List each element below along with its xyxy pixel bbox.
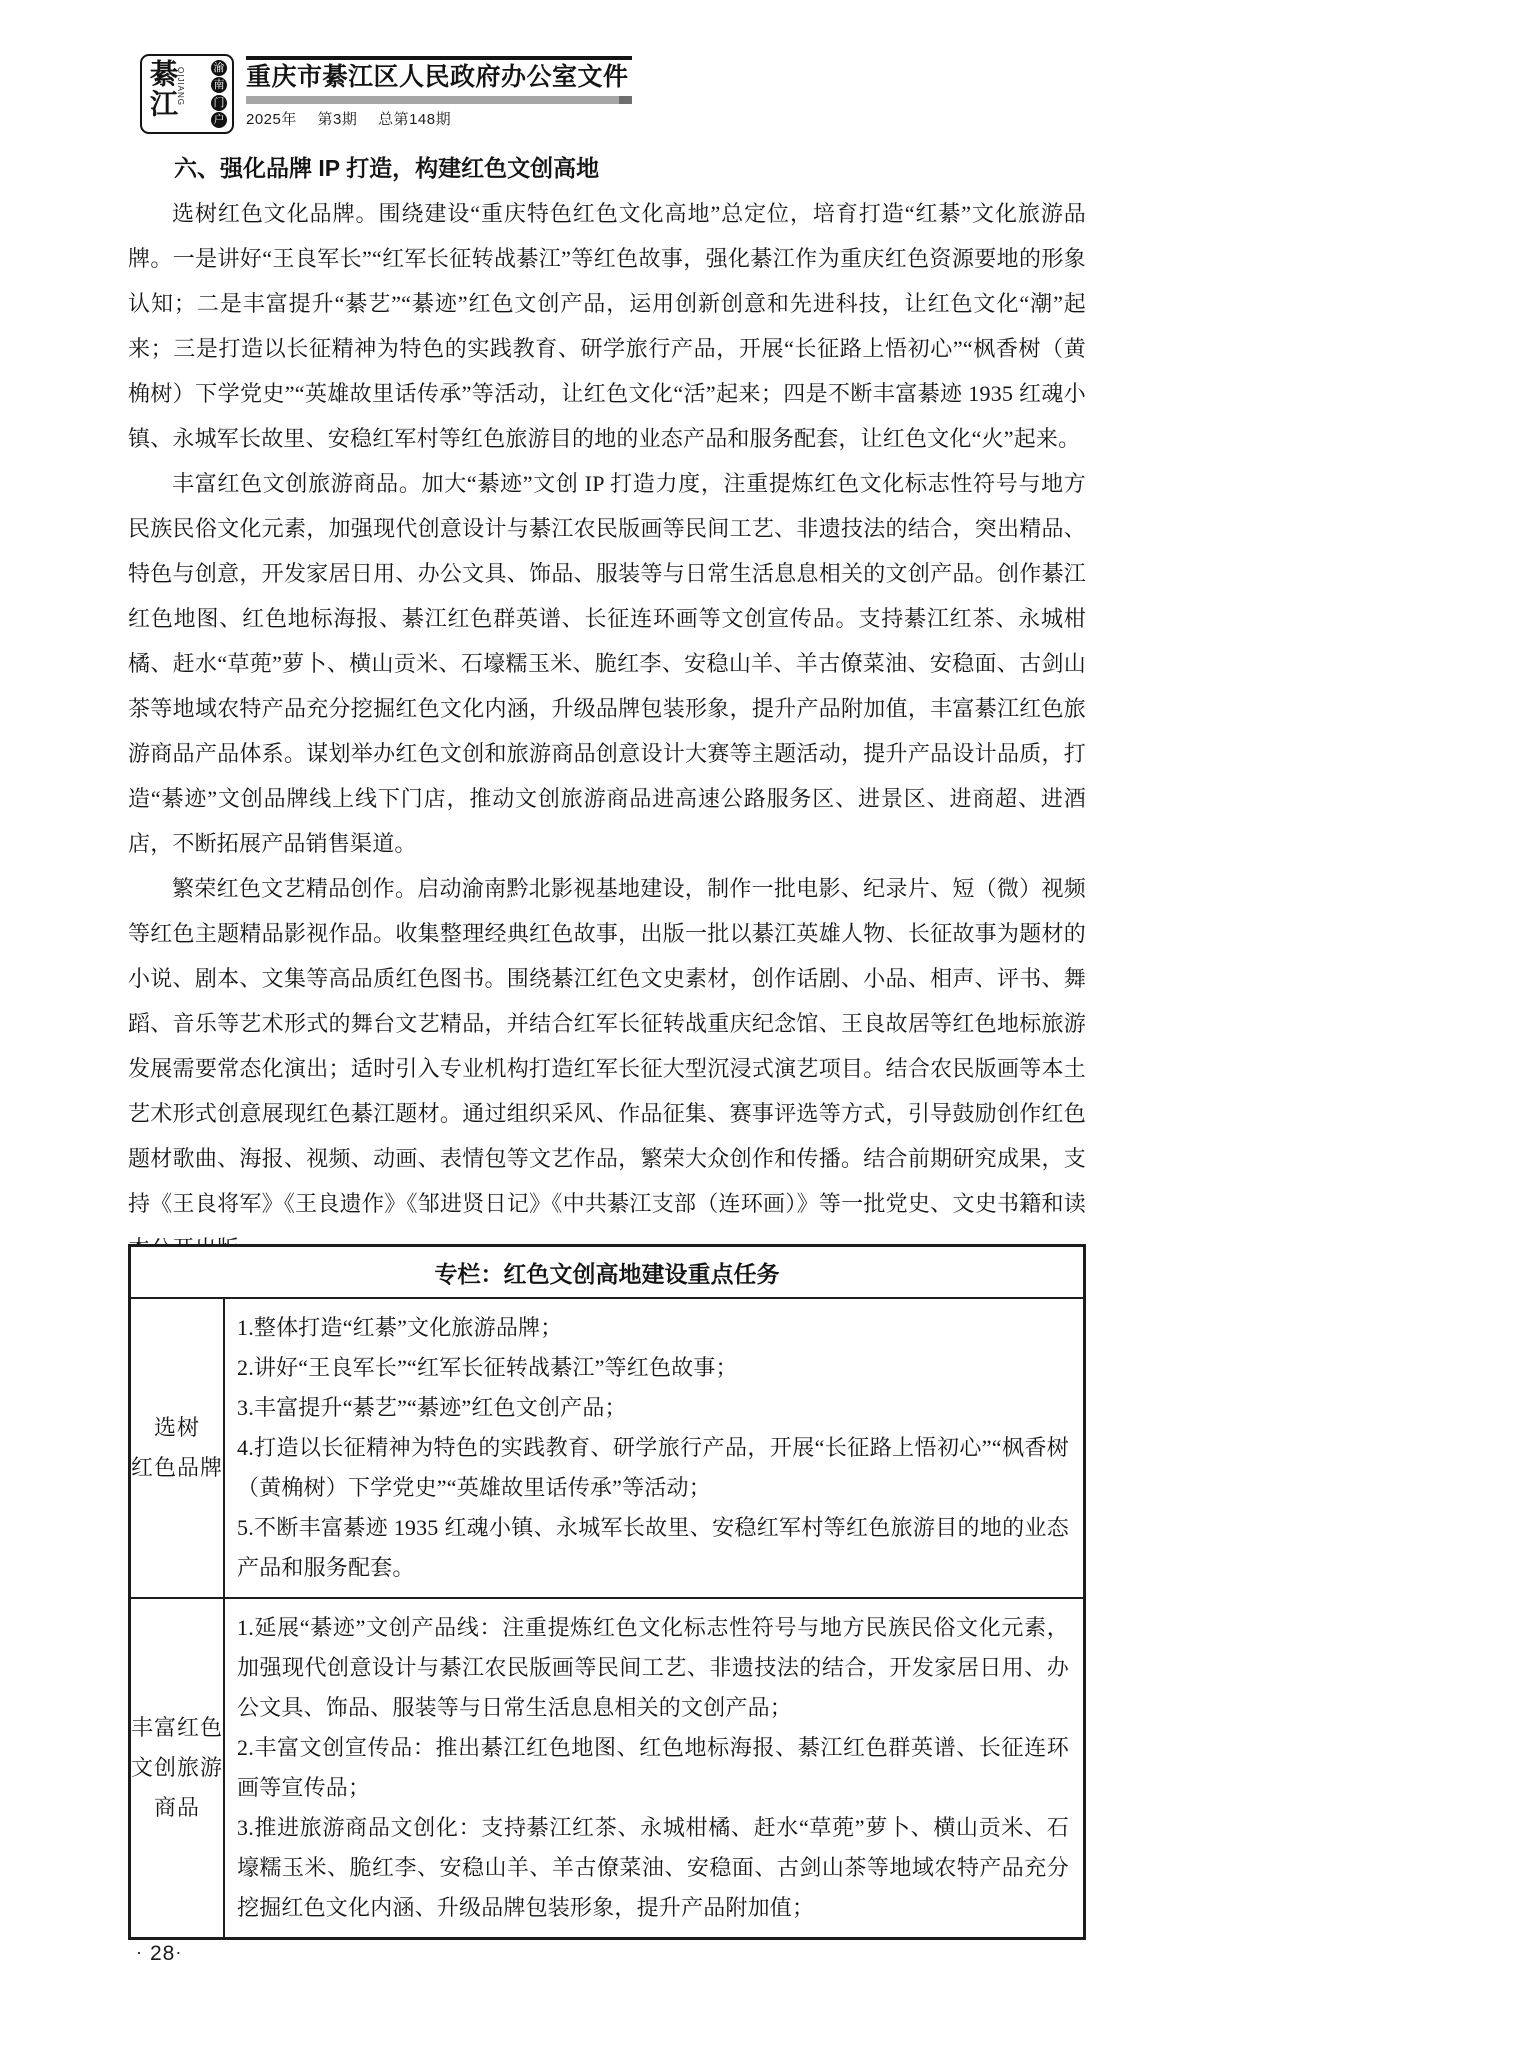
task-item: 3.推进旅游商品文创化：支持綦江红茶、永城柑橘、赶水“草蔸”萝卜、横山贡米、石壕…: [237, 1808, 1069, 1928]
seal-icon: 门: [211, 95, 227, 111]
masthead-gray-rule: [246, 96, 632, 104]
body-paragraph: 繁荣红色文艺精品创作。启动渝南黔北影视基地建设，制作一批电影、纪录片、短（微）视…: [128, 866, 1086, 1271]
task-item: 2.丰富文创宣传品：推出綦江红色地图、红色地标海报、綦江红色群英谱、长征连环画等…: [237, 1728, 1069, 1808]
row-content: 1.延展“綦迹”文创产品线：注重提炼红色文化标志性符号与地方民族民俗文化元素，加…: [225, 1599, 1083, 1937]
seal-icon: 南: [211, 77, 227, 93]
table-title: 专栏：红色文创高地建设重点任务: [131, 1247, 1083, 1299]
seal-icon: 渝: [211, 60, 227, 76]
page-number-right-dot: ·: [175, 1942, 181, 1962]
seal-icon: 户: [211, 112, 227, 128]
document-page: 綦江 QIJIANG 渝 南 门 户 重庆市綦江区人民政府办公室文件 2025年…: [0, 0, 1530, 2062]
masthead-logo: 綦江 QIJIANG 渝 南 门 户: [140, 54, 234, 134]
row-label-line: 文创旅游: [131, 1748, 223, 1788]
row-label: 选树 红色品牌: [131, 1299, 225, 1597]
task-item: 1.整体打造“红綦”文化旅游品牌；: [237, 1308, 1069, 1348]
logo-pinyin-text: QIJIANG: [176, 67, 185, 129]
task-item: 1.延展“綦迹”文创产品线：注重提炼红色文化标志性符号与地方民族民俗文化元素，加…: [237, 1608, 1069, 1728]
gray-rule-dark-tip: [619, 96, 632, 104]
row-label-line: 丰富红色: [131, 1708, 223, 1748]
logo-name-text: 綦江: [147, 59, 175, 129]
table-row: 丰富红色 文创旅游 商品 1.延展“綦迹”文创产品线：注重提炼红色文化标志性符号…: [131, 1599, 1083, 1937]
row-label: 丰富红色 文创旅游 商品: [131, 1599, 225, 1937]
logo-seal-column: 渝 南 门 户: [211, 59, 227, 129]
page-number-left-dot: ·: [136, 1942, 142, 1962]
task-item: 4.打造以长征精神为特色的实践教育、研学旅行产品，开展“长征路上悟初心”“枫香树…: [237, 1428, 1069, 1508]
row-label-line: 商品: [154, 1788, 200, 1828]
document-body: 六、强化品牌 IP 打造，构建红色文创高地 选树红色文化品牌。围绕建设“重庆特色…: [128, 146, 1086, 1271]
masthead-title: 重庆市綦江区人民政府办公室文件: [246, 60, 632, 96]
task-item: 2.讲好“王良军长”“红军长征转战綦江”等红色故事；: [237, 1348, 1069, 1388]
row-label-line: 选树: [154, 1408, 200, 1448]
issue-total: 总第148期: [378, 111, 451, 128]
task-item: 5.不断丰富綦迹 1935 红魂小镇、永城军长故里、安稳红军村等红色旅游目的地的…: [237, 1508, 1069, 1588]
issue-number: 第3期: [318, 111, 358, 128]
body-paragraph: 丰富红色文创旅游商品。加大“綦迹”文创 IP 打造力度，注重提炼红色文化标志性符…: [128, 461, 1086, 866]
row-content: 1.整体打造“红綦”文化旅游品牌； 2.讲好“王良军长”“红军长征转战綦江”等红…: [225, 1299, 1083, 1597]
table-row: 选树 红色品牌 1.整体打造“红綦”文化旅游品牌； 2.讲好“王良军长”“红军长…: [131, 1299, 1083, 1599]
page-number: ·28·: [136, 1942, 181, 1966]
issue-line: 2025年 第3期 总第148期: [246, 108, 632, 129]
page-number-value: 28: [150, 1942, 175, 1965]
issue-year: 2025年: [246, 111, 297, 128]
body-paragraph: 选树红色文化品牌。围绕建设“重庆特色红色文化高地”总定位，培育打造“红綦”文化旅…: [128, 191, 1086, 461]
row-label-line: 红色品牌: [131, 1448, 223, 1488]
masthead: 重庆市綦江区人民政府办公室文件 2025年 第3期 总第148期: [246, 56, 632, 129]
task-item: 3.丰富提升“綦艺”“綦迹”红色文创产品；: [237, 1388, 1069, 1428]
task-table: 专栏：红色文创高地建设重点任务 选树 红色品牌 1.整体打造“红綦”文化旅游品牌…: [128, 1244, 1086, 1940]
section-heading: 六、强化品牌 IP 打造，构建红色文创高地: [128, 146, 1086, 191]
